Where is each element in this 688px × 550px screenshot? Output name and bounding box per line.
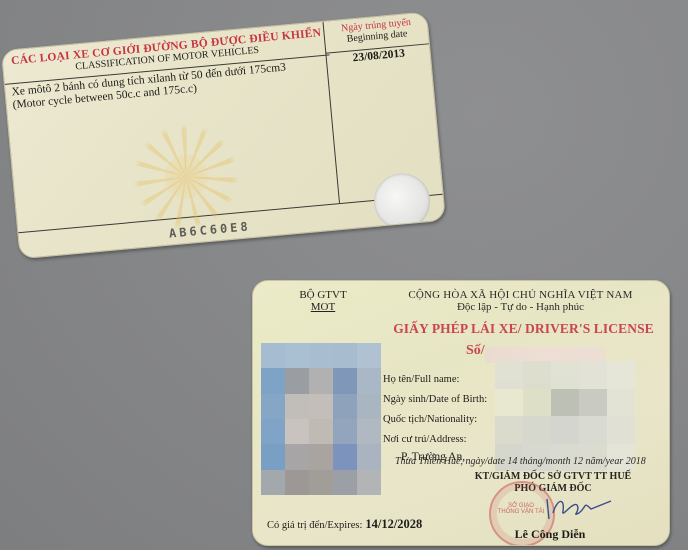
mosaic-tile bbox=[551, 416, 579, 444]
license-back-card: CÁC LOẠI XE CƠ GIỚI ĐƯỜNG BỘ ĐƯỢC ĐIỀU K… bbox=[1, 11, 446, 259]
mosaic-tile bbox=[261, 444, 285, 469]
mosaic-tile bbox=[309, 368, 333, 393]
mosaic-tile bbox=[495, 416, 523, 444]
ministry-header: BỘ GTVT MOT bbox=[293, 289, 353, 313]
mosaic-tile bbox=[357, 444, 381, 469]
divider bbox=[322, 22, 339, 203]
signatory-block: KT/GIÁM ĐỐC SỞ GTVT TT HUẾ PHÓ GIÁM ĐỐC bbox=[428, 471, 670, 495]
ministry-vi: BỘ GTVT bbox=[293, 289, 353, 301]
mosaic-tile bbox=[579, 389, 607, 417]
mosaic-tile bbox=[357, 343, 381, 368]
national-motto: Độc lập - Tự do - Hạnh phúc bbox=[378, 301, 663, 313]
mosaic-tile bbox=[579, 361, 607, 389]
mosaic-tile bbox=[523, 416, 551, 444]
hologram-seal-icon bbox=[372, 171, 433, 232]
field-date-of-birth-label: Ngày sinh/Date of Birth: bbox=[383, 390, 487, 410]
mosaic-tile bbox=[357, 368, 381, 393]
mosaic-tile bbox=[261, 368, 285, 393]
stamp-text: SỞ GIAO THÔNG VẬN TẢI bbox=[497, 503, 545, 515]
mosaic-tile bbox=[285, 368, 309, 393]
license-front-card: BỘ GTVT MOT CỘNG HÒA XÃ HỘI CHỦ NGHĨA VI… bbox=[252, 280, 670, 546]
mosaic-tile bbox=[495, 389, 523, 417]
mosaic-tile bbox=[309, 419, 333, 444]
republic-name: CỘNG HÒA XÃ HỘI CHỦ NGHĨA VIỆT NAM bbox=[378, 289, 663, 301]
mosaic-tile bbox=[607, 389, 635, 417]
beginning-date-header: Ngày trúng tuyển Beginning date bbox=[329, 16, 425, 46]
expiry: Có giá trị đến/Expires:14/12/2028 bbox=[267, 517, 422, 532]
holder-data-redacted bbox=[495, 361, 635, 471]
mosaic-tile bbox=[309, 470, 333, 495]
field-address-label: Nơi cư trú/Address: bbox=[383, 430, 487, 450]
expires-label: Có giá trị đến/Expires: bbox=[267, 520, 362, 531]
mosaic-tile bbox=[309, 343, 333, 368]
license-title: GIẤY PHÉP LÁI XE/ DRIVER'S LICENSE bbox=[381, 321, 666, 337]
mosaic-tile bbox=[285, 419, 309, 444]
mosaic-tile bbox=[333, 444, 357, 469]
mosaic-tile bbox=[261, 343, 285, 368]
signatory-title: KT/GIÁM ĐỐC SỞ GTVT TT HUẾ bbox=[428, 471, 670, 483]
mosaic-tile bbox=[285, 343, 309, 368]
mosaic-tile bbox=[607, 416, 635, 444]
mosaic-tile bbox=[285, 470, 309, 495]
mosaic-tile bbox=[495, 361, 523, 389]
mosaic-tile bbox=[333, 343, 357, 368]
republic-header: CỘNG HÒA XÃ HỘI CHỦ NGHĨA VIỆT NAM Độc l… bbox=[378, 289, 663, 313]
holder-photo-redacted bbox=[261, 343, 381, 495]
mosaic-tile bbox=[357, 419, 381, 444]
field-nationality-label: Quốc tịch/Nationality: bbox=[383, 410, 487, 430]
mosaic-tile bbox=[309, 444, 333, 469]
mosaic-tile bbox=[333, 394, 357, 419]
signature-icon bbox=[543, 493, 613, 521]
signer-name: Lê Công Diễn bbox=[485, 527, 615, 542]
issue-place-date: Thừa Thiên Huế, ngày/date 14 tháng/month… bbox=[395, 456, 646, 467]
mosaic-tile bbox=[551, 361, 579, 389]
mosaic-tile bbox=[357, 394, 381, 419]
mosaic-tile bbox=[261, 394, 285, 419]
mosaic-tile bbox=[551, 389, 579, 417]
mosaic-tile bbox=[357, 470, 381, 495]
holder-fields: Họ tên/Full name: Ngày sinh/Date of Birt… bbox=[383, 370, 487, 464]
mosaic-tile bbox=[261, 419, 285, 444]
mosaic-tile bbox=[333, 368, 357, 393]
ministry-en: MOT bbox=[293, 301, 353, 313]
license-number-label: Số/ bbox=[466, 343, 485, 359]
mosaic-tile bbox=[285, 444, 309, 469]
mosaic-tile bbox=[607, 361, 635, 389]
mosaic-tile bbox=[523, 389, 551, 417]
mosaic-tile bbox=[261, 470, 285, 495]
mosaic-tile bbox=[333, 419, 357, 444]
mosaic-tile bbox=[285, 394, 309, 419]
mosaic-tile bbox=[309, 394, 333, 419]
mosaic-tile bbox=[579, 416, 607, 444]
mosaic-tile bbox=[333, 470, 357, 495]
mosaic-tile bbox=[523, 361, 551, 389]
field-full-name-label: Họ tên/Full name: bbox=[383, 370, 487, 390]
expires-value: 14/12/2028 bbox=[365, 517, 422, 531]
